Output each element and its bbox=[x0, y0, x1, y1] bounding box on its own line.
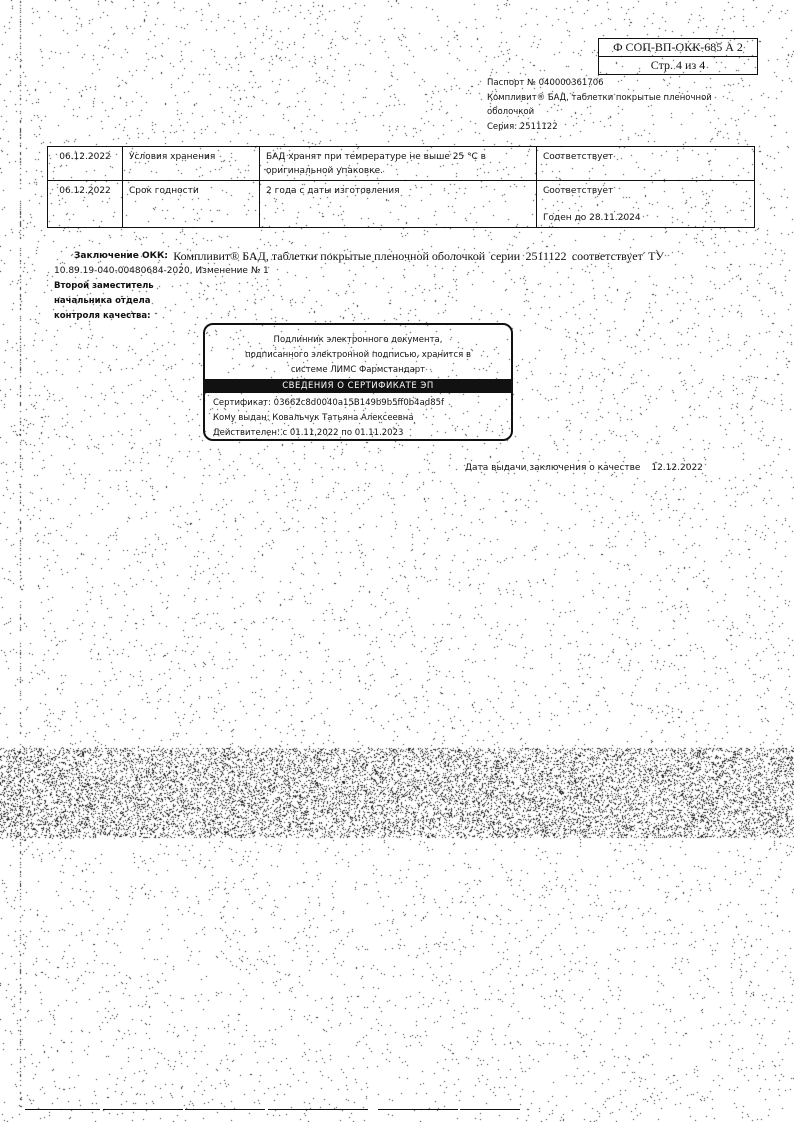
table-row: 06.12.2022 Условия хранения БАД хранят п… bbox=[48, 147, 755, 181]
results-table: 06.12.2022 Условия хранения БАД хранят п… bbox=[47, 146, 755, 228]
signer-title: Второй заместитель начальника отдела кон… bbox=[54, 279, 154, 324]
stamp-issued-to: Кому выдан: Ковальчук Татьяна Алексеевна bbox=[213, 411, 503, 426]
row-parameter: Срок годности bbox=[123, 181, 260, 228]
form-code: Ф СОП-ВП-ОКК-685 А 2 bbox=[599, 39, 757, 56]
conclusion-spec-prefix: ТУ bbox=[648, 249, 664, 264]
footer-rule bbox=[103, 1109, 183, 1110]
conclusion-label: Заключение ОКК: bbox=[74, 249, 168, 264]
stamp-valid: Действителен: с 01.11.2022 по 01.11.2023 bbox=[213, 426, 503, 441]
passport-number: Паспорт № 040000361706 bbox=[487, 76, 717, 91]
e-signature-stamp: Подлинник электронного документа, подпис… bbox=[203, 323, 513, 441]
footer-rule bbox=[460, 1109, 520, 1110]
stamp-line1: Подлинник электронного документа, bbox=[205, 333, 511, 348]
row-requirement: БАД хранят при температуре не выше 25 °С… bbox=[260, 147, 537, 181]
row-result: Соответствует bbox=[537, 147, 755, 181]
stamp-line2: подписанного электронной подписью, храни… bbox=[205, 348, 511, 363]
row-result-note: Годен до 28.11.2024 bbox=[543, 211, 748, 225]
signer-line2: начальника отдела bbox=[54, 294, 154, 309]
row-result-text: Соответствует bbox=[543, 186, 613, 196]
stamp-certificate: Сертификат: 03662c8d0040a15B149b9b5ff0b4… bbox=[213, 396, 503, 411]
conclusion-spec: 10.89.19-040-00480684-2020, Изменение № … bbox=[54, 264, 664, 279]
conclusion-verdict: соответствует bbox=[572, 249, 643, 264]
signer-line3: контроля качества: bbox=[54, 309, 154, 324]
row-parameter: Условия хранения bbox=[123, 147, 260, 181]
stamp-line3: системе ЛИМС Фармстандарт bbox=[205, 363, 511, 378]
passport-header: Паспорт № 040000361706 Компливит® БАД, т… bbox=[487, 76, 717, 134]
conclusion-series-word: серии bbox=[490, 249, 520, 264]
product-name-line2: оболочкой bbox=[487, 105, 717, 120]
issue-date-label: Дата выдачи заключения о качестве bbox=[465, 463, 640, 473]
row-result-text: Соответствует bbox=[543, 152, 613, 162]
page-indicator: Стр. 4 из 4 bbox=[599, 56, 757, 74]
row-requirement: 2 года с даты изготовления bbox=[260, 181, 537, 228]
form-code-box: Ф СОП-ВП-ОКК-685 А 2 Стр. 4 из 4 bbox=[598, 38, 758, 75]
table-row: 06.12.2022 Срок годности 2 года с даты и… bbox=[48, 181, 755, 228]
product-name-line1: Компливит® БАД, таблетки покрытые пленоч… bbox=[487, 91, 717, 106]
stamp-bar-title: СВЕДЕНИЯ О СЕРТИФИКАТЕ ЭП bbox=[205, 379, 511, 393]
conclusion: Заключение ОКК: Компливит® БАД, таблетки… bbox=[54, 249, 664, 279]
footer-rule bbox=[268, 1109, 368, 1110]
row-date: 06.12.2022 bbox=[48, 147, 123, 181]
series-line: Серия: 2511122 bbox=[487, 120, 717, 135]
signer-line1: Второй заместитель bbox=[54, 279, 154, 294]
issue-date-value: 12.12.2022 bbox=[651, 463, 703, 473]
row-date: 06.12.2022 bbox=[48, 181, 123, 228]
conclusion-product: Компливит® БАД, таблетки покрытые пленоч… bbox=[173, 249, 485, 264]
footer-rule bbox=[185, 1109, 265, 1110]
footer-rule bbox=[378, 1109, 458, 1110]
issue-date: Дата выдачи заключения о качестве 12.12.… bbox=[465, 463, 703, 473]
row-result: Соответствует Годен до 28.11.2024 bbox=[537, 181, 755, 228]
conclusion-series: 2511122 bbox=[525, 249, 566, 264]
footer-rule bbox=[25, 1109, 100, 1110]
